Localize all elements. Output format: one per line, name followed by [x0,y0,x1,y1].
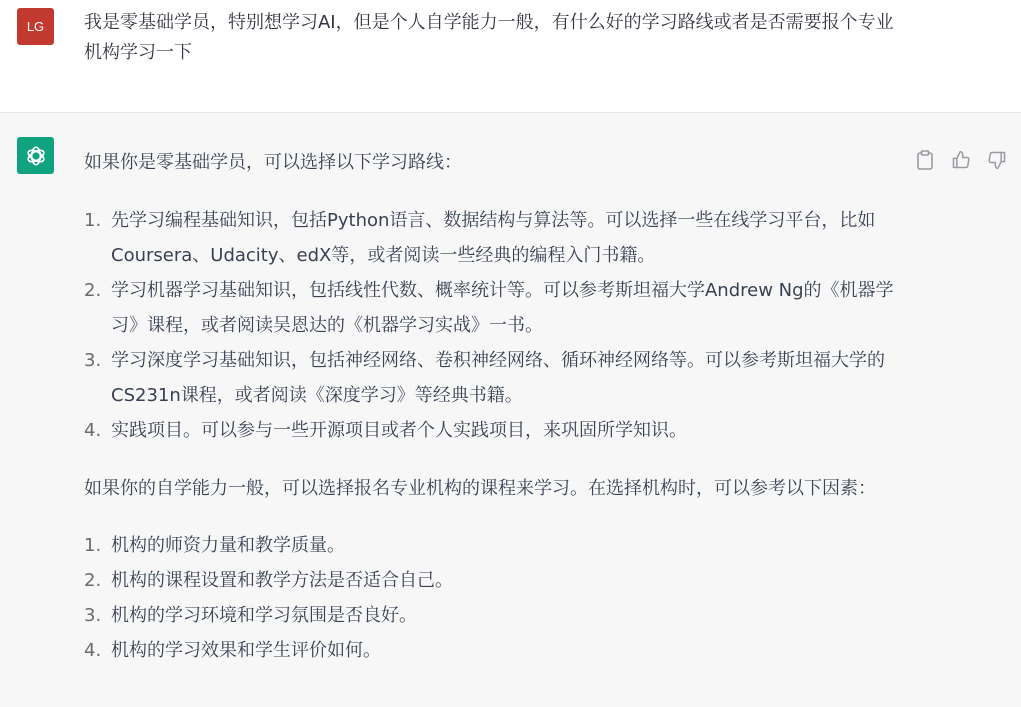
list-item: 4.机构的学习效果和学生评价如何。 [84,633,894,668]
institution-advice-text: 如果你的自学能力一般，可以选择报名专业机构的课程来学习。在选择机构时，可以参考以… [84,471,894,506]
thumbs-up-icon [951,150,971,170]
thumbs-down-icon [987,150,1007,170]
user-avatar: LG [17,8,54,45]
intro-text: 如果你是零基础学员，可以选择以下学习路线： [84,145,894,180]
institution-factor-list: 1.机构的师资力量和教学质量。 2.机构的课程设置和教学方法是否适合自己。 3.… [84,528,894,668]
list-item: 2.机构的课程设置和教学方法是否适合自己。 [84,563,894,598]
openai-logo-icon [23,143,49,169]
thumbs-down-button[interactable] [986,149,1008,171]
list-item: 4.实践项目。可以参与一些开源项目或者个人实践项目，来巩固所学知识。 [84,413,894,448]
learning-route-list: 1.先学习编程基础知识，包括Python语言、数据结构与算法等。可以选择一些在线… [84,203,894,448]
list-item: 3.学习深度学习基础知识，包括神经网络、卷积神经网络、循环神经网络等。可以参考斯… [84,343,894,413]
assistant-avatar [17,137,54,174]
copy-button[interactable] [914,149,936,171]
thumbs-up-button[interactable] [950,149,972,171]
list-item: 3.机构的学习环境和学习氛围是否良好。 [84,598,894,633]
user-message: LG 我是零基础学员，特别想学习AI，但是个人自学能力一般，有什么好的学习路线或… [0,0,1021,113]
copy-icon [916,150,934,170]
message-actions [914,149,1008,171]
list-item: 1.机构的师资力量和教学质量。 [84,528,894,563]
avatar-initials: LG [27,19,44,34]
list-item: 1.先学习编程基础知识，包括Python语言、数据结构与算法等。可以选择一些在线… [84,203,894,273]
assistant-message: 如果你是零基础学员，可以选择以下学习路线： 1.先学习编程基础知识，包括Pyth… [0,113,1021,707]
user-message-text: 我是零基础学员，特别想学习AI，但是个人自学能力一般，有什么好的学习路线或者是否… [84,8,894,68]
assistant-message-content: 如果你是零基础学员，可以选择以下学习路线： 1.先学习编程基础知识，包括Pyth… [84,145,894,668]
list-item: 2.学习机器学习基础知识，包括线性代数、概率统计等。可以参考斯坦福大学Andre… [84,273,894,343]
